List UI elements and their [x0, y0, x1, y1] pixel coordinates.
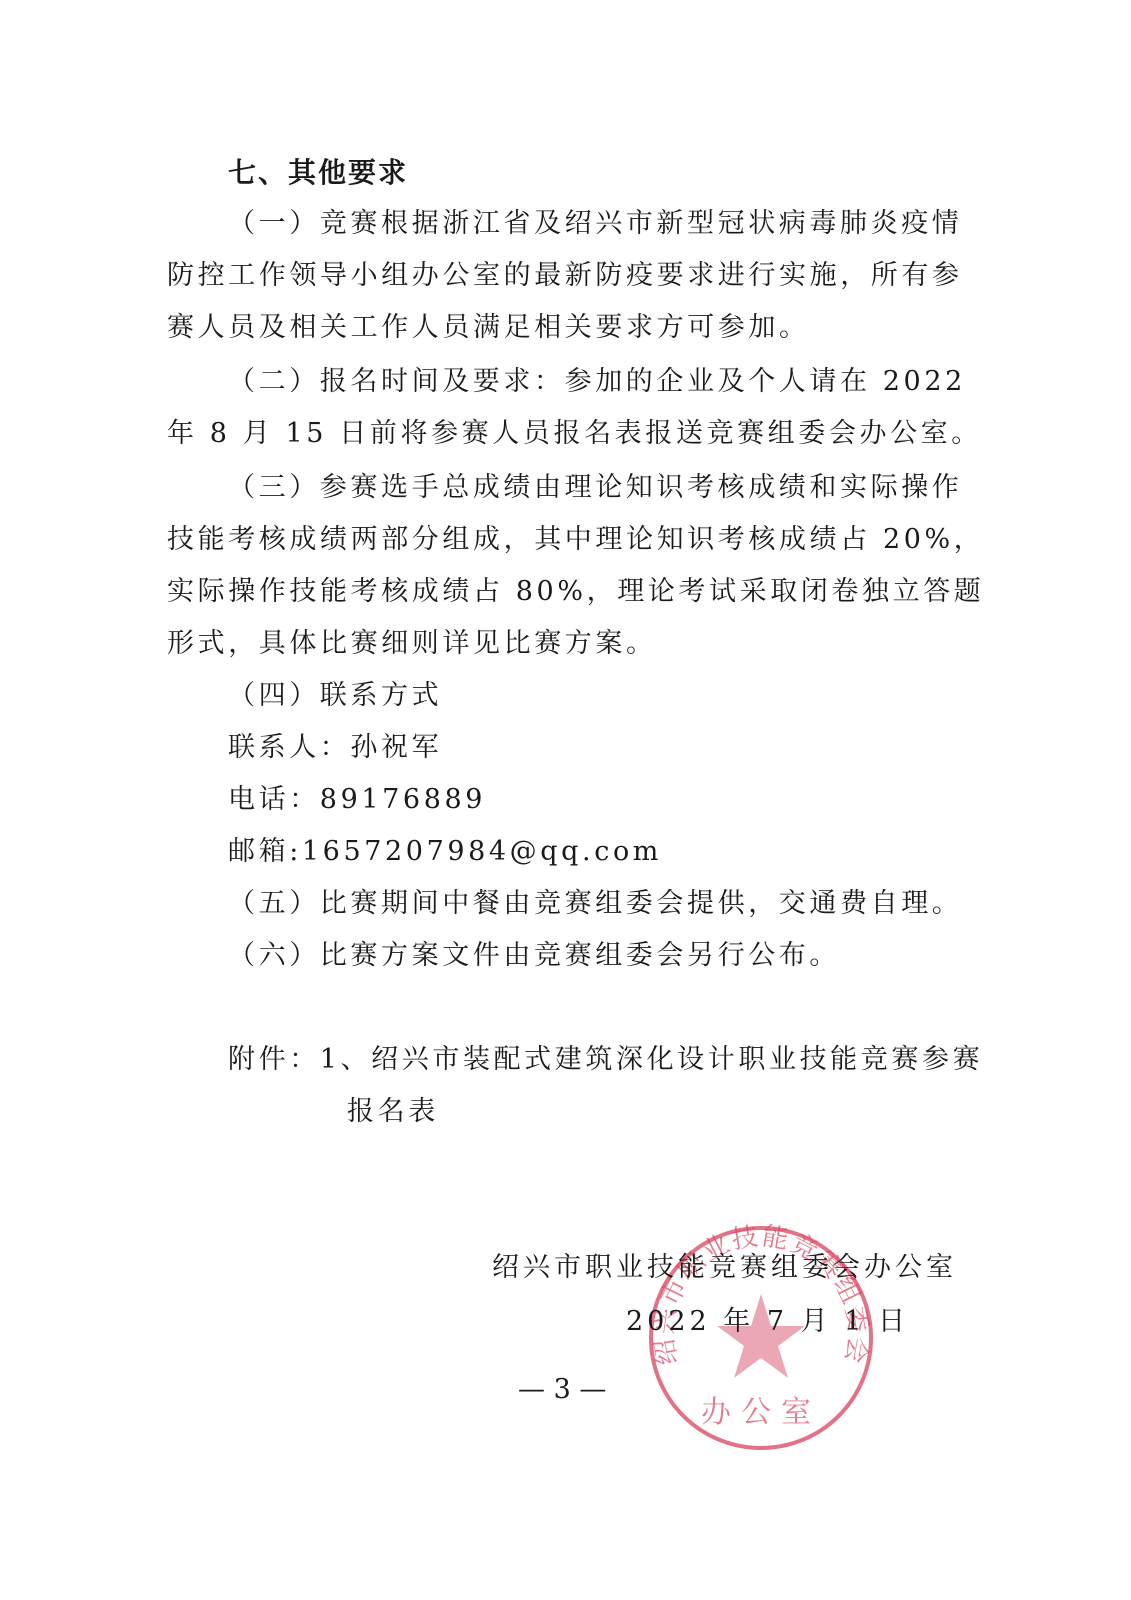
- paragraph-2-line-2: 年 8 月 15 日前将参赛人员报名表报送竞赛组委会办公室。: [167, 416, 947, 452]
- paragraph-3-line-4: 形式，具体比赛细则详见比赛方案。: [167, 626, 947, 662]
- paragraph-1-line-3: 赛人员及相关工作人员满足相关要求方可参加。: [167, 310, 947, 346]
- paragraph-1-line-2: 防控工作领导小组办公室的最新防疫要求进行实施，所有参: [167, 258, 947, 294]
- paragraph-3-line-1: （三）参赛选手总成绩由理论知识考核成绩和实际操作: [228, 470, 1008, 506]
- document-page: 七、其他要求 （一）竞赛根据浙江省及绍兴市新型冠状病毒肺炎疫情 防控工作领导小组…: [0, 0, 1131, 1600]
- attachment-line-1: 附件：1、绍兴市装配式建筑深化设计职业技能竞赛参赛: [228, 1042, 1008, 1078]
- paragraph-3-line-3: 实际操作技能考核成绩占 80%，理论考试采取闭卷独立答题: [167, 574, 947, 610]
- seal-bottom-text: 办公室: [701, 1395, 821, 1430]
- contact-phone: 电话：89176889: [228, 782, 1008, 818]
- contact-person: 联系人：孙祝军: [228, 730, 1008, 766]
- paragraph-1-line-1: （一）竞赛根据浙江省及绍兴市新型冠状病毒肺炎疫情: [228, 206, 1008, 242]
- item-5: （五）比赛期间中餐由竞赛组委会提供，交通费自理。: [228, 886, 1008, 922]
- item-6: （六）比赛方案文件由竞赛组委会另行公布。: [228, 938, 1008, 974]
- page-number: — 3 —: [518, 1372, 606, 1408]
- section-heading: 七、其他要求: [228, 155, 408, 191]
- signature-organization: 绍兴市职业技能竞赛组委会办公室: [492, 1250, 957, 1286]
- paragraph-2-line-1: （二）报名时间及要求：参加的企业及个人请在 2022: [228, 364, 1008, 400]
- contact-email: 邮箱:1657207984@qq.com: [228, 834, 1008, 870]
- attachment-line-2: 报名表: [347, 1094, 1127, 1130]
- signature-date: 2022 年 7 月 1 日: [626, 1304, 909, 1340]
- contact-heading: （四）联系方式: [228, 678, 1008, 714]
- paragraph-3-line-2: 技能考核成绩两部分组成，其中理论知识考核成绩占 20%，: [167, 522, 947, 558]
